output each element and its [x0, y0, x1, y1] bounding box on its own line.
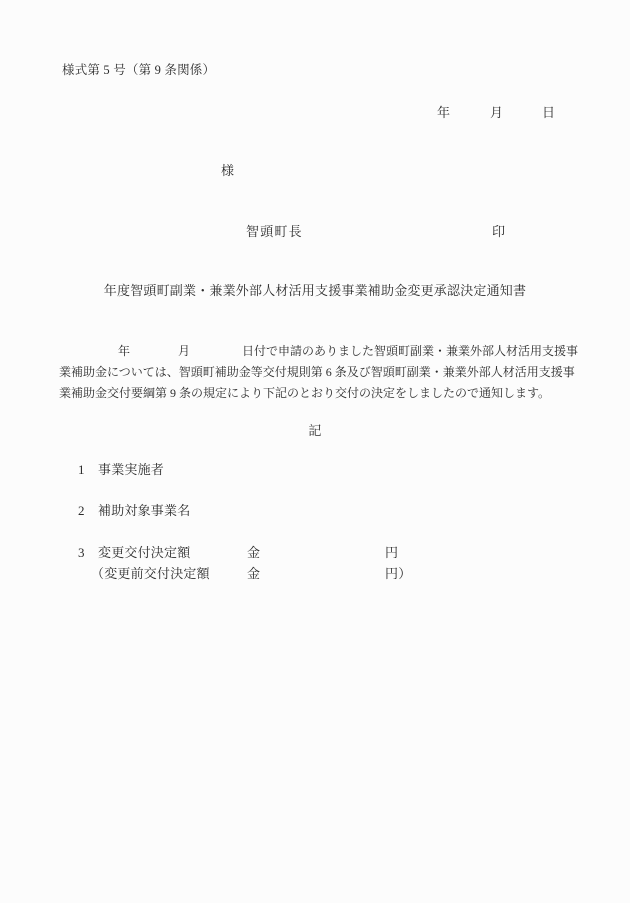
- body-line-3: 業補助金交付要綱第 9 条の規定により下記のとおり交付の決定をしましたので通知し…: [59, 387, 550, 401]
- previous-amount-suffix: 円）: [385, 567, 411, 582]
- item-label: 変更交付決定額: [98, 546, 190, 561]
- body-line-2: 業補助金については、智頭町補助金等交付規則第 6 条及び智頭町副業・兼業外部人材…: [59, 366, 575, 380]
- addressee-honorific: 様: [221, 164, 234, 179]
- item-number: 2: [78, 504, 85, 519]
- record-marker: 記: [0, 424, 630, 439]
- issue-date-day-label: 日: [542, 106, 555, 121]
- document-title: 年度智頭町副業・兼業外部人材活用支援事業補助金変更承認決定通知書: [0, 284, 630, 299]
- issue-date-year-label: 年: [437, 106, 450, 121]
- previous-amount-prefix: 金: [247, 567, 260, 582]
- amount-prefix: 金: [247, 546, 260, 561]
- body-line-1-text: 日付で申請のありました智頭町副業・兼業外部人材活用支援事: [242, 345, 578, 359]
- item-label: 補助対象事業名: [98, 504, 190, 519]
- notice-document-page: 様式第 5 号（第 9 条関係） 年 月 日 様 智頭町長 印 年度智頭町副業・…: [0, 0, 630, 903]
- item-number: 3: [78, 546, 85, 561]
- issue-date-month-label: 月: [490, 106, 503, 121]
- previous-amount-label: （変更前交付決定額: [91, 567, 210, 582]
- application-date-year-label: 年: [118, 345, 130, 359]
- item-label: 事業実施者: [98, 463, 164, 478]
- sender-title: 智頭町長: [246, 225, 303, 240]
- item-number: 1: [78, 463, 85, 478]
- seal-placeholder: 印: [492, 225, 505, 240]
- application-date-month-label: 月: [178, 345, 190, 359]
- amount-suffix: 円: [385, 546, 398, 561]
- form-number: 様式第 5 号（第 9 条関係）: [62, 63, 215, 77]
